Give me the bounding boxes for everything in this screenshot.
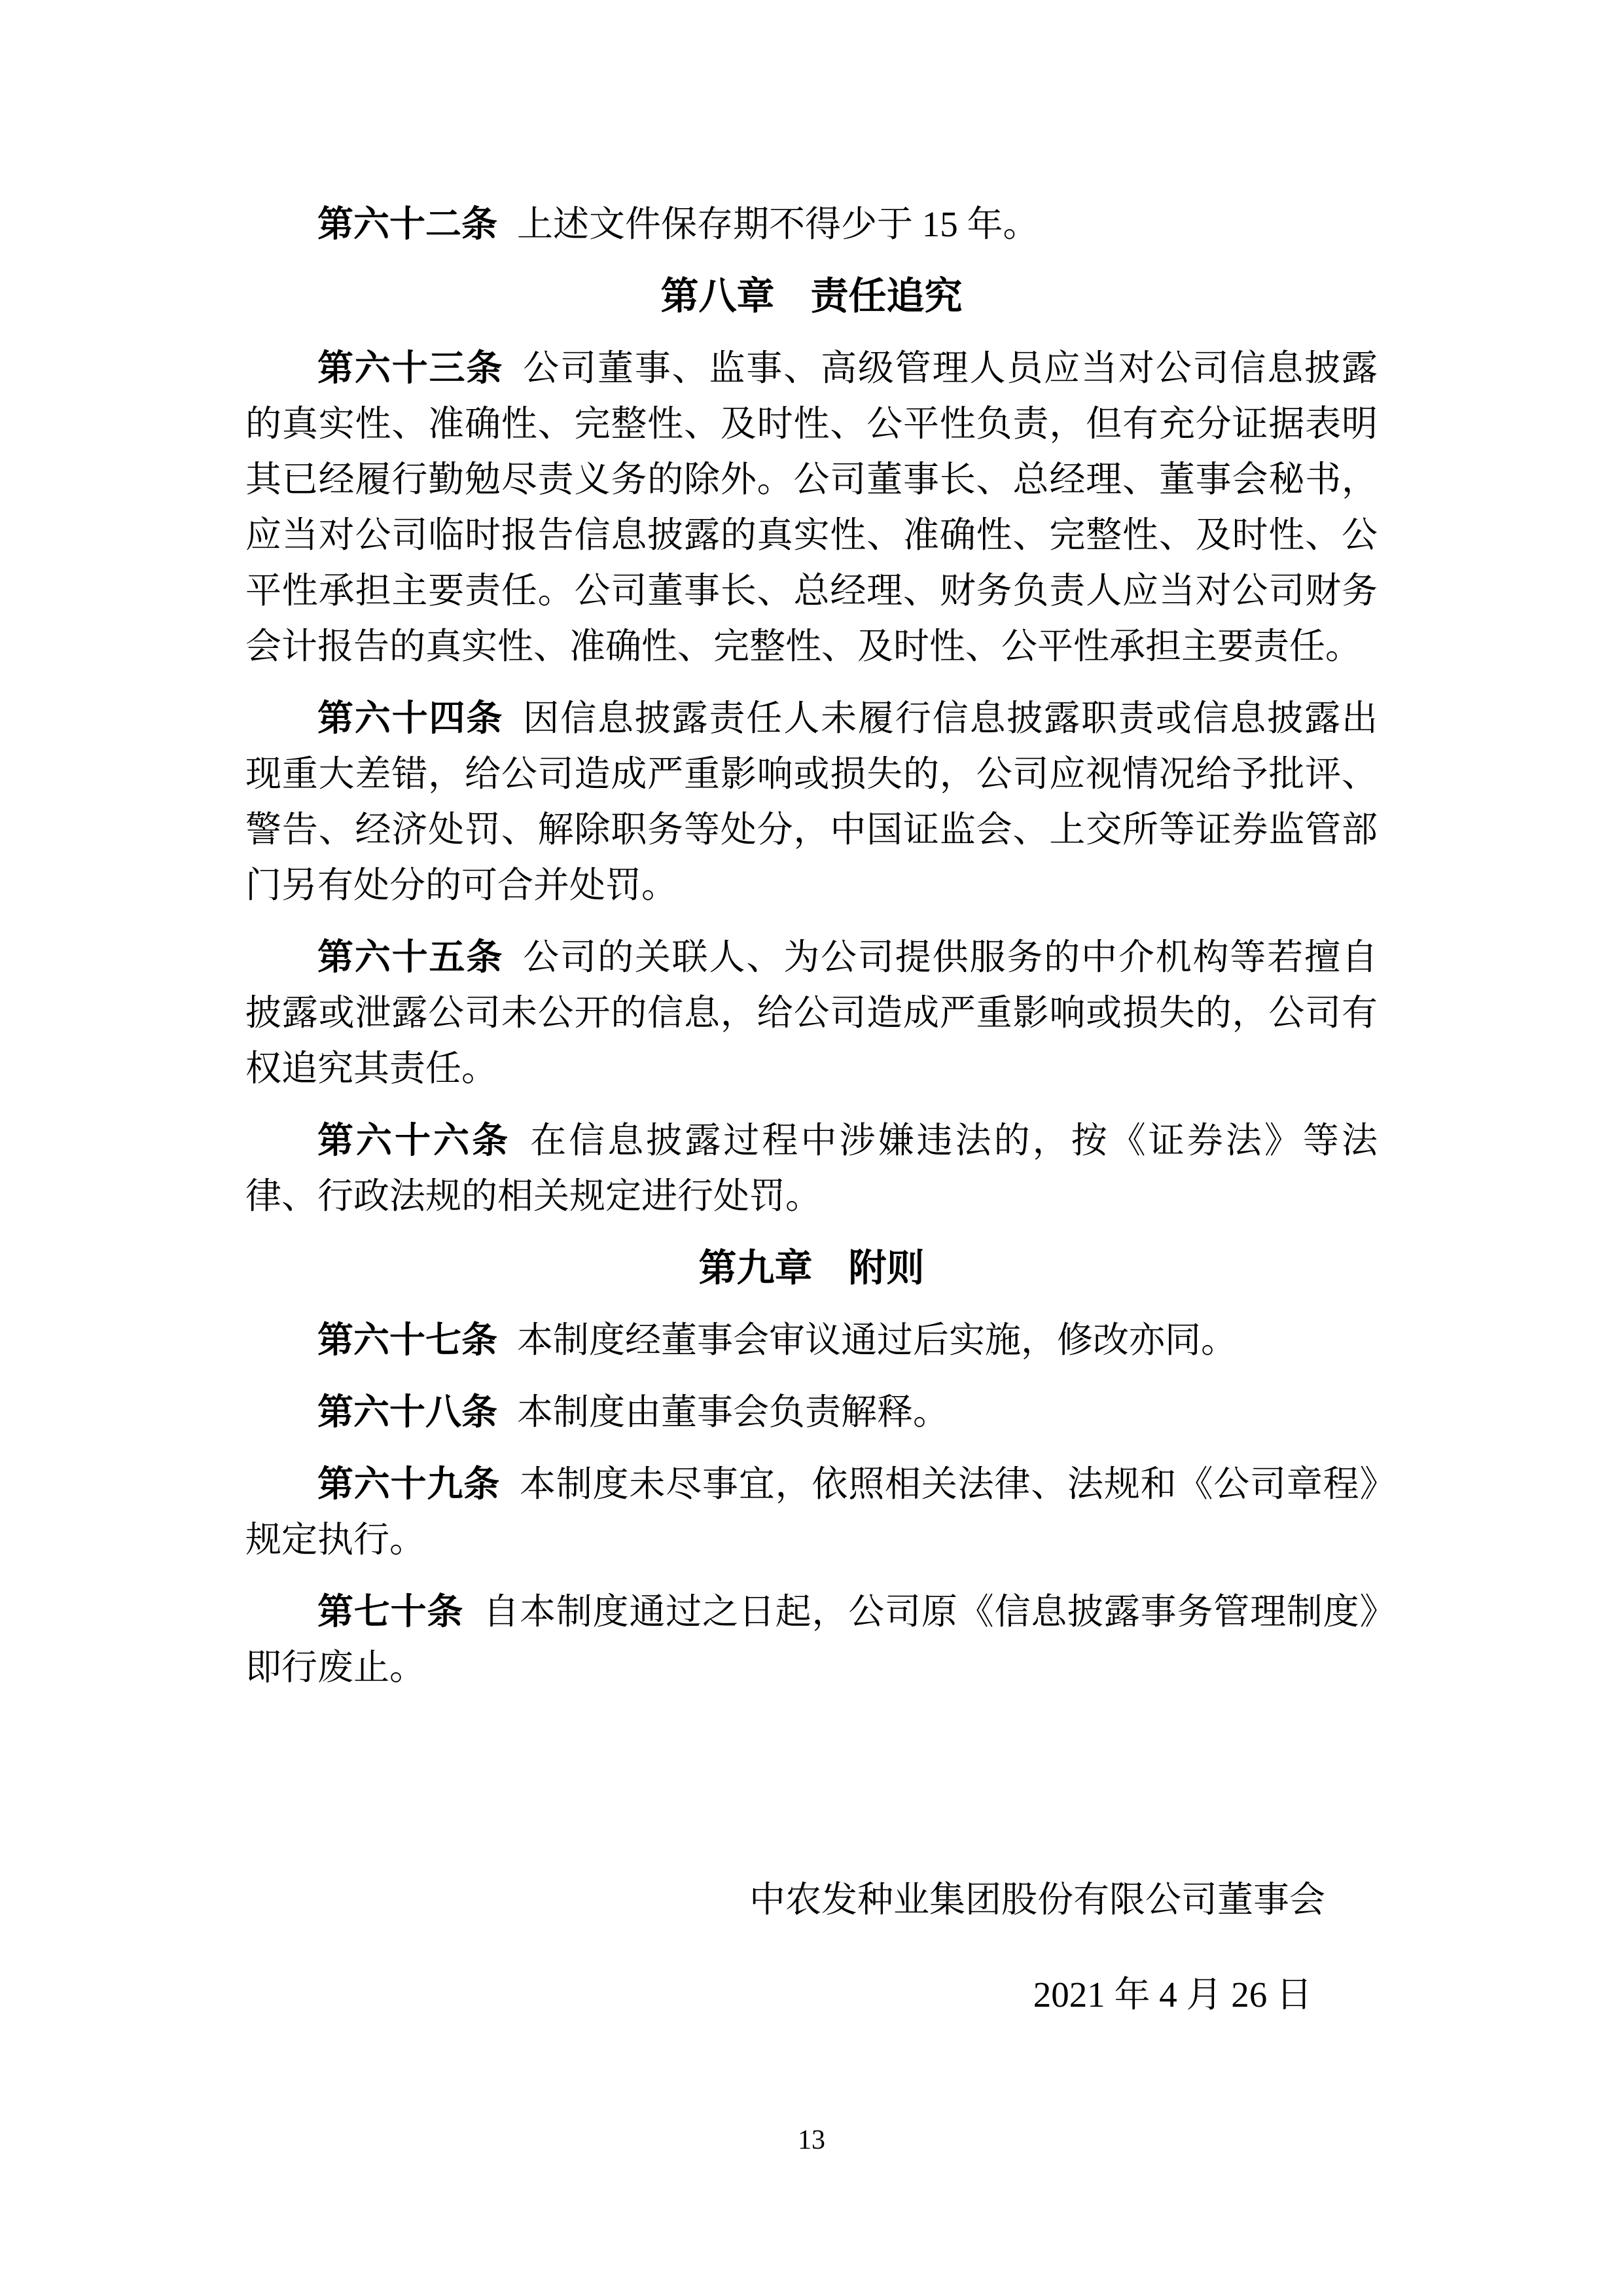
document-body: 第六十二条上述文件保存期不得少于 15 年。 第八章责任追究 第六十三条公司董事… bbox=[0, 0, 1623, 2022]
article-67-text: 本制度经董事会审议通过后实施，修改亦同。 bbox=[517, 1320, 1237, 1360]
document-date: 2021 年 4 月 26 日 bbox=[245, 1967, 1378, 2022]
chapter-8-label: 第八章 bbox=[660, 275, 774, 317]
article-66-number: 第六十六条 bbox=[317, 1121, 510, 1160]
article-62-text: 上述文件保存期不得少于 15 年。 bbox=[517, 204, 1039, 244]
article-68: 第六十八条本制度由董事会负责解释。 bbox=[245, 1384, 1378, 1440]
article-69: 第六十九条本制度未尽事宜，依照相关法律、法规和《公司章程》规定执行。 bbox=[245, 1456, 1378, 1568]
article-63-text: 公司董事、监事、高级管理人员应当对公司信息披露的真实性、准确性、完整性、及时性、… bbox=[245, 348, 1378, 666]
article-63: 第六十三条公司董事、监事、高级管理人员应当对公司信息披露的真实性、准确性、完整性… bbox=[245, 340, 1378, 674]
chapter-9-heading: 第九章附则 bbox=[245, 1240, 1378, 1296]
page-number: 13 bbox=[0, 2124, 1623, 2157]
document-page: 第六十二条上述文件保存期不得少于 15 年。 第八章责任追究 第六十三条公司董事… bbox=[0, 0, 1623, 2296]
chapter-8-heading: 第八章责任追究 bbox=[245, 268, 1378, 324]
board-signature: 中农发种业集团股份有限公司董事会 bbox=[245, 1872, 1378, 1928]
article-70: 第七十条自本制度通过之日起，公司原《信息披露事务管理制度》即行废止。 bbox=[245, 1584, 1378, 1695]
article-65: 第六十五条公司的关联人、为公司提供服务的中介机构等若擅自披露或泄露公司未公开的信… bbox=[245, 929, 1378, 1096]
article-69-number: 第六十九条 bbox=[317, 1464, 500, 1504]
article-64-number: 第六十四条 bbox=[317, 698, 503, 738]
chapter-9-label: 第九章 bbox=[698, 1247, 812, 1289]
article-67-number: 第六十七条 bbox=[317, 1320, 497, 1360]
article-65-number: 第六十五条 bbox=[317, 937, 503, 977]
article-64: 第六十四条因信息披露责任人未履行信息披露职责或信息披露出现重大差错，给公司造成严… bbox=[245, 691, 1378, 913]
article-66: 第六十六条在信息披露过程中涉嫌违法的，按《证券法》等法律、行政法规的相关规定进行… bbox=[245, 1113, 1378, 1224]
article-62: 第六十二条上述文件保存期不得少于 15 年。 bbox=[245, 196, 1378, 252]
article-70-number: 第七十条 bbox=[317, 1592, 463, 1632]
chapter-8-title: 责任追究 bbox=[811, 275, 963, 317]
article-62-number: 第六十二条 bbox=[317, 204, 497, 244]
article-67: 第六十七条本制度经董事会审议通过后实施，修改亦同。 bbox=[245, 1312, 1378, 1368]
article-63-number: 第六十三条 bbox=[317, 348, 503, 388]
article-68-text: 本制度由董事会负责解释。 bbox=[517, 1392, 949, 1432]
article-68-number: 第六十八条 bbox=[317, 1392, 497, 1432]
chapter-9-title: 附则 bbox=[849, 1247, 925, 1289]
